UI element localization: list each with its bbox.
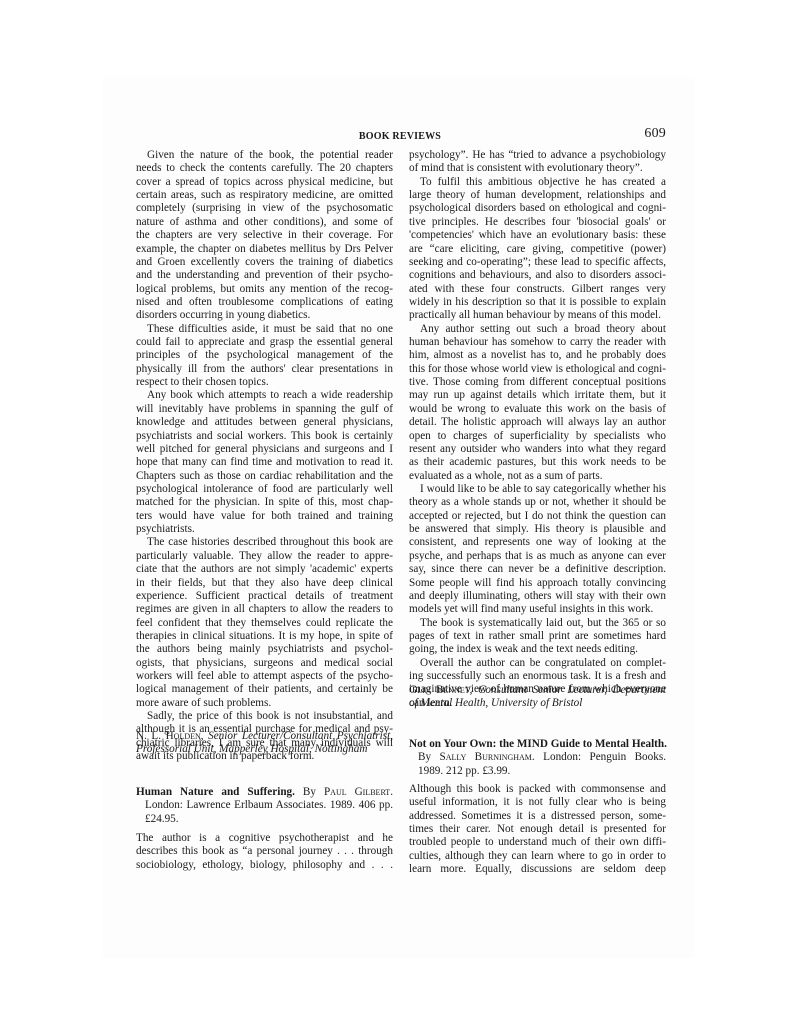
- reviewer-initials: N. L.: [136, 730, 166, 742]
- text-line: pages of text in rather small print are …: [409, 630, 666, 643]
- text-line: experience. Sufficient practical details…: [136, 590, 393, 603]
- text-line: certain areas, such as respiratory medic…: [136, 189, 393, 202]
- text-line: cover a spread of topics across physical…: [136, 176, 393, 189]
- text-line: Chapters such as those on cardiac rehabi…: [136, 470, 393, 483]
- text-line: example, the chapter on diabetes mellitu…: [136, 243, 393, 256]
- text-line: Some people will find his approach total…: [409, 577, 666, 590]
- text-line: Any book which attempts to reach a wide …: [136, 389, 393, 402]
- book-price: 1989. 212 pp. £3.99.: [409, 765, 666, 778]
- book-author: Paul Gilbert.: [324, 786, 393, 798]
- text-line: resent any outsider who wanders into wha…: [409, 443, 666, 456]
- text-line: logical problems, but omits any mention …: [136, 283, 393, 296]
- text-line: logical management of their patients, an…: [136, 683, 393, 696]
- text-line: seeking and co-operating”; these lead to…: [409, 256, 666, 269]
- text-line: could fail to appreciate and grasp the e…: [136, 336, 393, 349]
- text-line: Although this book is packed with common…: [409, 783, 666, 796]
- text-line: The case histories described throughout …: [136, 536, 393, 549]
- text-line: would be wrong to evaluate this work on …: [409, 403, 666, 416]
- text-line: Given the nature of the book, the potent…: [136, 149, 393, 162]
- text-line: tive principles. He describes four 'bios…: [409, 216, 666, 229]
- text-line: matched for the physician. In spite of t…: [136, 496, 393, 509]
- text-line: These difficulties aside, it must be sai…: [136, 323, 393, 336]
- text-line: well pitched for general physicians and …: [136, 443, 393, 456]
- reviewer-affiliation: Consultant Senior Lecturer, Department: [472, 684, 666, 696]
- running-header: BOOK REVIEWS: [300, 130, 500, 144]
- text-line: describes this book as “a personal journ…: [136, 845, 393, 858]
- text-line: respect to their chosen topics.: [136, 376, 393, 389]
- text-line: psyche, and perhaps that is as much as a…: [409, 550, 666, 563]
- text-line: consistent, and represents one way of lo…: [409, 536, 666, 549]
- text-line: large theory of human development, relat…: [409, 189, 666, 202]
- text-line: psychiatrists and social workers. This b…: [136, 430, 393, 443]
- text-line: open to charges of superficiality by spe…: [409, 430, 666, 443]
- text-line: physically ill from the authors' clear p…: [136, 363, 393, 376]
- text-line: be answered that simply. His theory is p…: [409, 523, 666, 536]
- text-line: completely (surprising in view of the ps…: [136, 202, 393, 215]
- text-line: learn more. Equally, discussions are sel…: [409, 863, 666, 876]
- text-line: practically all human behaviour by means…: [409, 309, 666, 322]
- text-line: To fulfil this ambitious objective he ha…: [409, 176, 666, 189]
- text-line: may run up against details which irritat…: [409, 389, 666, 402]
- text-line: 'competencies' which have an evolutionar…: [409, 229, 666, 242]
- text-line: cognitions and behaviours, and also to d…: [409, 269, 666, 282]
- text-line: regimes are given in all chapters to all…: [136, 603, 393, 616]
- text-line: nised and often troublesome complication…: [136, 296, 393, 309]
- reviewer-signature-bennet: Glin Bennet, Consultant Senior Lecturer,…: [409, 684, 666, 711]
- text-line: knowledge and attitudes between general …: [136, 416, 393, 429]
- review2-body-start: The author is a cognitive psychotherapis…: [136, 832, 393, 872]
- text-line: say, since there can never be a definiti…: [409, 563, 666, 576]
- text-line: him, almost as a novelist has to, and he…: [409, 349, 666, 362]
- text-line: psychiatrists.: [136, 523, 393, 536]
- text-line: accepted or rejected, but I do not think…: [409, 510, 666, 523]
- book-citation-not-on-your-own: Not on Your Own: the MIND Guide to Menta…: [409, 738, 666, 778]
- text-line: ters would have value for both trained a…: [136, 510, 393, 523]
- reviewer-affiliation: Senior Lecturer/Consultant Psychiatrist,: [208, 730, 393, 742]
- reviewer-affiliation: Professorial Unit, Mapperley Hospital, N…: [136, 743, 393, 756]
- text-line: models yet will find many useful insight…: [409, 603, 666, 616]
- text-line: this for those whose world view is ethol…: [409, 363, 666, 376]
- text-line: Sadly, the price of this book is not ins…: [136, 710, 393, 723]
- text-line: in their fields, but that they also have…: [136, 577, 393, 590]
- text-line: more aware of such problems.: [136, 697, 393, 710]
- text-line: ing successfully such an enormous task. …: [409, 670, 666, 683]
- text-line: the authors being mainly psychiatrists a…: [136, 643, 393, 656]
- text-line: will inevitably have problems in spannin…: [136, 403, 393, 416]
- book-publisher: London: Lawrence Erlbaum Associates. 198…: [136, 799, 393, 812]
- text-line: ated with these four constructs. Gilbert…: [409, 283, 666, 296]
- text-line: nature of asthma and other conditions), …: [136, 216, 393, 229]
- text-line: human behaviour has somehow to carry the…: [409, 336, 666, 349]
- text-line: psychology”. He has “tried to advance a …: [409, 149, 666, 162]
- text-line: ogists, that physicians, surgeons and me…: [136, 657, 393, 670]
- text-line: and deeply illuminating, others will sta…: [409, 590, 666, 603]
- text-line: psychological disorders based on etholog…: [409, 202, 666, 215]
- text-line: troubled people to understand much of th…: [409, 836, 666, 849]
- text-line: addressed. Sometimes it is a distressed …: [409, 810, 666, 823]
- text-line: needs to check the contents carefully. T…: [136, 162, 393, 175]
- text-line: and the understanding and prevention of …: [136, 269, 393, 282]
- text-line: widely in his description so that it is …: [409, 296, 666, 309]
- left-column-review1-body: Given the nature of the book, the potent…: [136, 149, 393, 764]
- text-line: principles of the psychological manageme…: [136, 349, 393, 362]
- text-line: going, the index is weak and the text ne…: [409, 643, 666, 656]
- text-line: are “care eliciting, care giving, compet…: [409, 243, 666, 256]
- text-line: tive. Those coming from different concep…: [409, 376, 666, 389]
- reviewer-signature-holden: N. L. Holden, Senior Lecturer/Consultant…: [136, 730, 393, 757]
- text-line: theory as a whole stands up or not, whet…: [409, 496, 666, 509]
- book-title: Not on Your Own: the MIND Guide to Menta…: [409, 738, 666, 751]
- text-line: psychological intolerance of food are pa…: [136, 483, 393, 496]
- page-number: 609: [600, 127, 666, 141]
- text-line: The book is systematically laid out, but…: [409, 617, 666, 630]
- text-line: Overall the author can be congratulated …: [409, 657, 666, 670]
- text-line: as their academic pastures, but this wor…: [409, 456, 666, 469]
- text-line: Any author setting out such a broad theo…: [409, 323, 666, 336]
- text-line: The author is a cognitive psychotherapis…: [136, 832, 393, 845]
- reviewer-affiliation: of Mental Health, University of Bristol: [409, 697, 666, 710]
- text-line: times their carer. Not enough detail is …: [409, 823, 666, 836]
- text-line: disorders occurring in young diabetics.: [136, 309, 393, 322]
- text-line: feel confident that they themselves coul…: [136, 617, 393, 630]
- text-line: culties, although they can learn where t…: [409, 850, 666, 863]
- text-line: the chapters are very selective in their…: [136, 229, 393, 242]
- text-line: evaluated as a whole, not as a sum of pa…: [409, 470, 666, 483]
- text-line: and Groen excellently covers the trainin…: [136, 256, 393, 269]
- text-line: sociobiology, ethology, biology, philoso…: [136, 859, 393, 872]
- book-price: £24.95.: [136, 813, 393, 826]
- text-line: of mind that is consistent with evolutio…: [409, 162, 666, 175]
- text-line: ciate that the authors are not simply 'a…: [136, 563, 393, 576]
- text-line: I would like to be able to say categoric…: [409, 483, 666, 496]
- text-line: particularly valuable. They allow the re…: [136, 550, 393, 563]
- book-citation-human-nature: Human Nature and Suffering. By Paul Gilb…: [136, 786, 393, 826]
- text-line: workers will feel able to attempt aspect…: [136, 670, 393, 683]
- reviewer-surname: Holden: [166, 730, 201, 742]
- review3-body-start: Although this book is packed with common…: [409, 783, 666, 877]
- text-line: detail. The holistic approach will alway…: [409, 416, 666, 429]
- book-publisher: London: Penguin Books.: [535, 751, 666, 763]
- book-author: Sally Burningham.: [440, 751, 535, 763]
- reviewer-name: Glin Bennet,: [409, 684, 472, 696]
- text-line: useful information, it is not fully clea…: [409, 796, 666, 809]
- book-title: Human Nature and Suffering.: [136, 786, 295, 798]
- text-line: therapies in clinical situations. It is …: [136, 630, 393, 643]
- text-line: hope that many can find time and motivat…: [136, 456, 393, 469]
- right-column-review2-body: psychology”. He has “tried to advance a …: [409, 149, 666, 710]
